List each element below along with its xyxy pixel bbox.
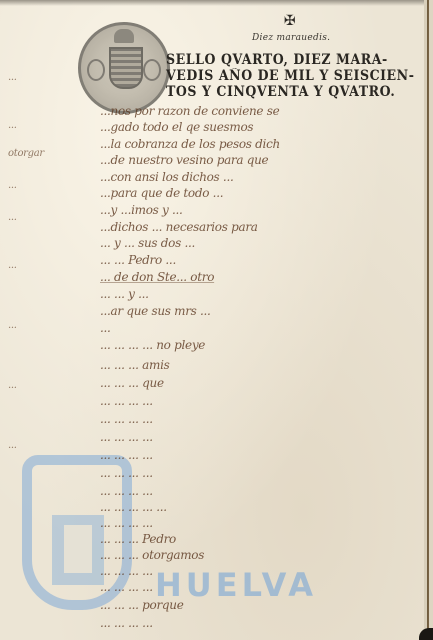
margin-note: ... — [8, 320, 17, 331]
manuscript-line: ... ... ... que — [100, 376, 164, 390]
manuscript-line: ... y ... sus dos ... — [100, 236, 195, 250]
manuscript-line: ... — [100, 321, 111, 335]
manuscript-line: ... ... ... otorgamos — [100, 548, 204, 562]
coat-of-arms-icon — [109, 47, 143, 89]
scan-top-shadow — [0, 0, 433, 6]
manuscript-line: ...la cobranza de los pesos dich — [100, 137, 280, 151]
stamp-text-line-2: VEDIS AÑO DE MIL Y SEISCIEN- — [166, 68, 414, 84]
denomination-label: Diez marauedis. — [252, 33, 330, 43]
manuscript-line: ... ... ... amis — [100, 358, 170, 372]
page-edge — [424, 0, 433, 640]
manuscript-line: ... ... ... ... no pleye — [100, 338, 205, 352]
archive-stamp-emblem-inner — [64, 525, 92, 573]
manuscript-line: ... ... ... ... — [100, 394, 153, 408]
manuscript-line: ...gado todo el qe suesmos — [100, 120, 253, 134]
manuscript-line: ... ... ... ... — [100, 430, 153, 444]
manuscript-line: ...de nuestro vesino para que — [100, 153, 268, 167]
manuscript-line: ... ... ... ... — [100, 580, 153, 594]
manuscript-line: ...con ansi los dichos ... — [100, 170, 233, 184]
manuscript-line: ... ... ... ... — [100, 466, 153, 480]
manuscript-line: ...ar que sus mrs ... — [100, 304, 211, 318]
manuscript-line: ... ... ... ... ... — [100, 500, 167, 514]
manuscript-line: ... ... ... porque — [100, 598, 184, 612]
manuscript-line: ...para que de todo ... — [100, 186, 223, 200]
manuscript-line: ... de don Ste... otro — [100, 270, 214, 284]
manuscript-line: ...dichos ... necesarios para — [100, 220, 258, 234]
margin-note: otorgar — [8, 148, 44, 159]
manuscript-line: ... ... ... ... — [100, 412, 153, 426]
margin-note: ... — [8, 180, 17, 191]
manuscript-line: ... ... y ... — [100, 287, 149, 301]
manuscript-line: ... ... ... ... — [100, 484, 153, 498]
manuscript-line: ... ... ... ... — [100, 616, 153, 630]
scan-corner — [419, 628, 433, 640]
stamp-text-line-3: TOS Y CINQVENTA Y QVATRO. — [166, 84, 395, 100]
manuscript-line: ... ... ... Pedro — [100, 532, 176, 546]
manuscript-line: ...nos por razon de conviene se — [100, 104, 279, 118]
manuscript-line: ... ... ... ... — [100, 448, 153, 462]
stamp-text-line-1: SELLO QVARTO, DIEZ MARA- — [166, 52, 388, 68]
manuscript-line: ...y ...imos y ... — [100, 203, 183, 217]
margin-note: ... — [8, 380, 17, 391]
manuscript-line: ... ... Pedro ... — [100, 253, 176, 267]
royal-seal-icon — [78, 22, 170, 114]
seal-ornament-right — [143, 59, 161, 81]
margin-note: ... — [8, 260, 17, 271]
document-page: ✠ Diez marauedis. SELLO QVARTO, DIEZ MAR… — [0, 0, 433, 640]
manuscript-line: ... ... ... ... — [100, 516, 153, 530]
margin-note: ... — [8, 72, 17, 83]
seal-ornament-left — [87, 59, 105, 81]
margin-note: ... — [8, 212, 17, 223]
crown-icon — [114, 29, 134, 43]
margin-note: ... — [8, 440, 17, 451]
margin-note: ... — [8, 120, 17, 131]
cross-icon: ✠ — [284, 13, 296, 29]
manuscript-line: ... ... ... ... — [100, 564, 153, 578]
